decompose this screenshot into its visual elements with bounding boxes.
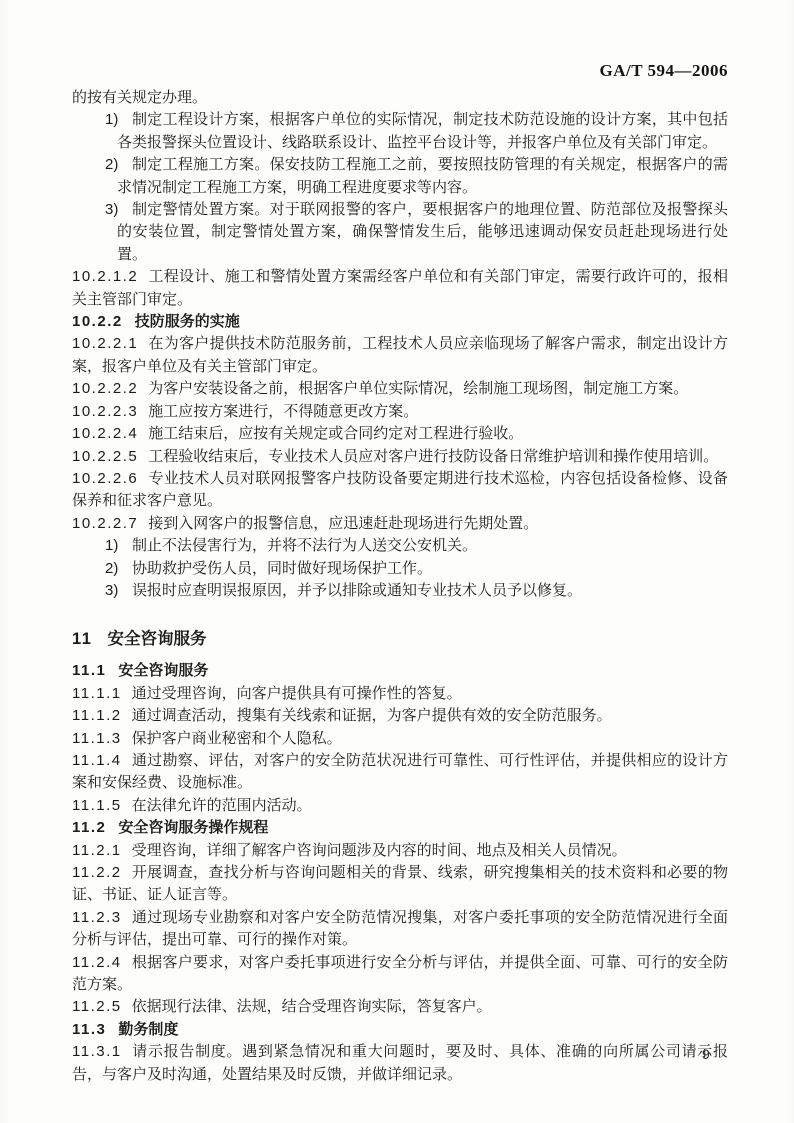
section-heading-text: 技防服务的实施 <box>135 313 240 330</box>
clause-paragraph: 11.2.5依据现行法律、法规，结合受理咨询实际，答复客户。 <box>72 996 728 1018</box>
chapter-heading: 11安全咨询服务 <box>72 627 728 651</box>
section-heading: 11.2安全咨询服务操作规程 <box>72 817 728 839</box>
clause-text: 通过勘察、评估，对客户的安全防范状况进行可靠性、可行性评估，并提供相应的设计方案… <box>72 753 728 791</box>
clause-text: 接到入网客户的报警信息，应迅速赶赴现场进行先期处置。 <box>148 516 538 532</box>
clause-number: 10.2.2.5 <box>72 448 138 465</box>
clause-paragraph: 10.2.2.3施工应按方案进行，不得随意更改方案。 <box>72 401 728 423</box>
clause-paragraph: 11.2.1受理咨询，详细了解客户咨询问题涉及内容的时间、地点及相关人员情况。 <box>72 840 728 862</box>
clause-paragraph: 11.1.2通过调查活动，搜集有关线索和证据，为客户提供有效的安全防范服务。 <box>72 705 728 727</box>
list-item-text: 制定工程设计方案，根据客户单位的实际情况，制定技术防范设施的设计方案，其中包括各… <box>117 112 728 150</box>
clause-number: 10.2.2.3 <box>72 403 138 420</box>
clause-number: 10.2.2.4 <box>72 425 138 442</box>
list-item: 1)制定工程设计方案，根据客户单位的实际情况，制定技术防范设施的设计方案，其中包… <box>72 109 728 154</box>
clause-paragraph: 10.2.2.4施工结束后，应按有关规定或合同约定对工程进行验收。 <box>72 423 728 445</box>
section-heading-text: 安全咨询服务 <box>118 662 208 679</box>
list-item-text: 制定工程施工方案。保安技防工程施工之前，要按照技防管理的有关规定，根据客户的需求… <box>117 157 728 195</box>
section-number: 11.3 <box>72 1021 106 1038</box>
list-item: 2)制定工程施工方案。保安技防工程施工之前，要按照技防管理的有关规定，根据客户的… <box>72 154 728 199</box>
clause-paragraph: 10.2.2.2为客户安装设备之前，根据客户单位实际情况，绘制施工现场图，制定施… <box>72 378 728 400</box>
list-marker: 3) <box>105 199 118 221</box>
clause-paragraph: 10.2.1.2工程设计、施工和警情处置方案需经客户单位和有关部门审定，需要行政… <box>72 266 728 311</box>
list-marker: 1) <box>105 535 118 557</box>
paragraph-text: 的按有关规定办理。 <box>72 90 207 106</box>
list-item-text: 制定警情处置方案。对于联网报警的客户，要根据客户的地理位置、防范部位及报警探头的… <box>117 202 728 263</box>
list-item: 2)协助救护受伤人员，同时做好现场保护工作。 <box>72 558 728 580</box>
clause-paragraph: 10.2.2.5工程验收结束后，专业技术人员应对客户进行技防设备日常维护培训和操… <box>72 446 728 468</box>
list-item: 3)误报时应查明误报原因，并予以排除或通知专业技术人员予以修复。 <box>72 580 728 602</box>
document-page: GA/T 594—2006 的按有关规定办理。1)制定工程设计方案，根据客户单位… <box>0 0 794 1123</box>
section-heading: 11.3勤务制度 <box>72 1019 728 1041</box>
list-marker: 1) <box>105 109 118 131</box>
clause-number: 11.2.5 <box>72 998 122 1015</box>
list-item-text: 协助救护受伤人员，同时做好现场保护工作。 <box>132 561 432 577</box>
clause-text: 保护客户商业秘密和个人隐私。 <box>132 731 342 747</box>
clause-text: 施工应按方案进行，不得随意更改方案。 <box>148 404 418 420</box>
clause-paragraph: 10.2.2.6专业技术人员对联网报警客户技防设备要定期进行技术巡检，内容包括设… <box>72 468 728 513</box>
clause-number: 11.2.2 <box>72 864 122 881</box>
clause-number: 10.2.2.7 <box>72 515 138 532</box>
clause-text: 在为客户提供技术防范服务前，工程技术人员应亲临现场了解客户需求，制定出设计方案，… <box>72 336 728 374</box>
clause-number: 11.3.1 <box>72 1043 122 1060</box>
clause-paragraph: 10.2.2.1在为客户提供技术防范服务前，工程技术人员应亲临现场了解客户需求，… <box>72 333 728 378</box>
clause-text: 施工结束后，应按有关规定或合同约定对工程进行验收。 <box>148 426 523 442</box>
document-content: 的按有关规定办理。1)制定工程设计方案，根据客户单位的实际情况，制定技术防范设施… <box>72 87 728 1086</box>
section-heading-text: 安全咨询服务操作规程 <box>118 819 268 836</box>
body-paragraph: 的按有关规定办理。 <box>72 87 728 109</box>
clause-number: 11.2.1 <box>72 842 122 859</box>
clause-text: 通过受理咨询，向客户提供具有可操作性的答复。 <box>132 686 462 702</box>
clause-paragraph: 10.2.2.7接到入网客户的报警信息，应迅速赶赴现场进行先期处置。 <box>72 513 728 535</box>
clause-text: 在法律允许的范围内活动。 <box>132 798 312 814</box>
clause-number: 11.1.3 <box>72 730 122 747</box>
clause-paragraph: 11.2.3通过现场专业勘察和对客户安全防范情况搜集，对客户委托事项的安全防范情… <box>72 907 728 952</box>
clause-text: 工程设计、施工和警情处置方案需经客户单位和有关部门审定，需要行政许可的，报相关主… <box>72 269 728 307</box>
list-marker: 3) <box>105 580 118 602</box>
list-marker: 2) <box>105 558 118 580</box>
clause-paragraph: 11.1.3保护客户商业秘密和个人隐私。 <box>72 728 728 750</box>
clause-number: 11.1.2 <box>72 707 122 724</box>
standard-number-header: GA/T 594—2006 <box>599 61 728 81</box>
clause-paragraph: 11.1.4通过勘察、评估，对客户的安全防范状况进行可靠性、可行性评估，并提供相… <box>72 750 728 795</box>
clause-paragraph: 11.3.1请示报告制度。遇到紧急情况和重大问题时，要及时、具体、准确的向所属公… <box>72 1041 728 1086</box>
list-item: 3)制定警情处置方案。对于联网报警的客户，要根据客户的地理位置、防范部位及报警探… <box>72 199 728 266</box>
chapter-heading-text: 安全咨询服务 <box>107 630 206 648</box>
clause-paragraph: 11.2.2开展调查，查找分析与咨询问题相关的背景、线索，研究搜集相关的技术资料… <box>72 862 728 907</box>
clause-text: 工程验收结束后，专业技术人员应对客户进行技防设备日常维护培训和操作使用培训。 <box>148 449 718 465</box>
list-item-text: 制止不法侵害行为，并将不法行为人送交公安机关。 <box>132 538 477 554</box>
clause-number: 11.1.1 <box>72 685 122 702</box>
section-number: 10.2.2 <box>72 313 123 330</box>
clause-text: 开展调查，查找分析与咨询问题相关的背景、线索，研究搜集相关的技术资料和必要的物证… <box>72 865 728 903</box>
clause-paragraph: 11.2.4根据客户要求，对客户委托事项进行安全分析与评估，并提供全面、可靠、可… <box>72 952 728 997</box>
clause-text: 专业技术人员对联网报警客户技防设备要定期进行技术巡检，内容包括设备检修、设备保养… <box>72 471 728 509</box>
clause-text: 请示报告制度。遇到紧急情况和重大问题时，要及时、具体、准确的向所属公司请示报告，… <box>72 1044 728 1082</box>
section-heading: 10.2.2技防服务的实施 <box>72 311 728 333</box>
clause-number: 10.2.2.1 <box>72 335 138 352</box>
clause-text: 通过调查活动，搜集有关线索和证据，为客户提供有效的安全防范服务。 <box>132 708 612 724</box>
clause-text: 受理咨询，详细了解客户咨询问题涉及内容的时间、地点及相关人员情况。 <box>132 843 627 859</box>
clause-number: 10.2.2.6 <box>72 470 138 487</box>
list-item: 1)制止不法侵害行为，并将不法行为人送交公安机关。 <box>72 535 728 557</box>
clause-text: 根据客户要求，对客户委托事项进行安全分析与评估，并提供全面、可靠、可行的安全防范… <box>72 955 728 993</box>
section-number: 11.1 <box>72 662 106 679</box>
clause-paragraph: 11.1.1通过受理咨询，向客户提供具有可操作性的答复。 <box>72 683 728 705</box>
clause-paragraph: 11.1.5在法律允许的范围内活动。 <box>72 795 728 817</box>
clause-number: 11.2.3 <box>72 909 122 926</box>
clause-number: 11.1.5 <box>72 797 122 814</box>
section-number: 11.2 <box>72 819 106 836</box>
section-heading-text: 勤务制度 <box>118 1021 178 1038</box>
list-item-text: 误报时应查明误报原因，并予以排除或通知专业技术人员予以修复。 <box>132 583 582 599</box>
clause-text: 通过现场专业勘察和对客户安全防范情况搜集，对客户委托事项的安全防范情况进行全面分… <box>72 910 728 948</box>
clause-number: 10.2.2.2 <box>72 380 138 397</box>
clause-text: 依据现行法律、法规，结合受理咨询实际，答复客户。 <box>132 999 492 1015</box>
page-number: 9 <box>702 1046 710 1062</box>
clause-number: 11.1.4 <box>72 752 122 769</box>
list-marker: 2) <box>105 154 118 176</box>
section-heading: 11.1安全咨询服务 <box>72 660 728 682</box>
chapter-number: 11 <box>72 630 92 648</box>
clause-number: 11.2.4 <box>72 954 122 971</box>
clause-number: 10.2.1.2 <box>72 268 138 285</box>
clause-text: 为客户安装设备之前，根据客户单位实际情况，绘制施工现场图，制定施工方案。 <box>148 381 688 397</box>
